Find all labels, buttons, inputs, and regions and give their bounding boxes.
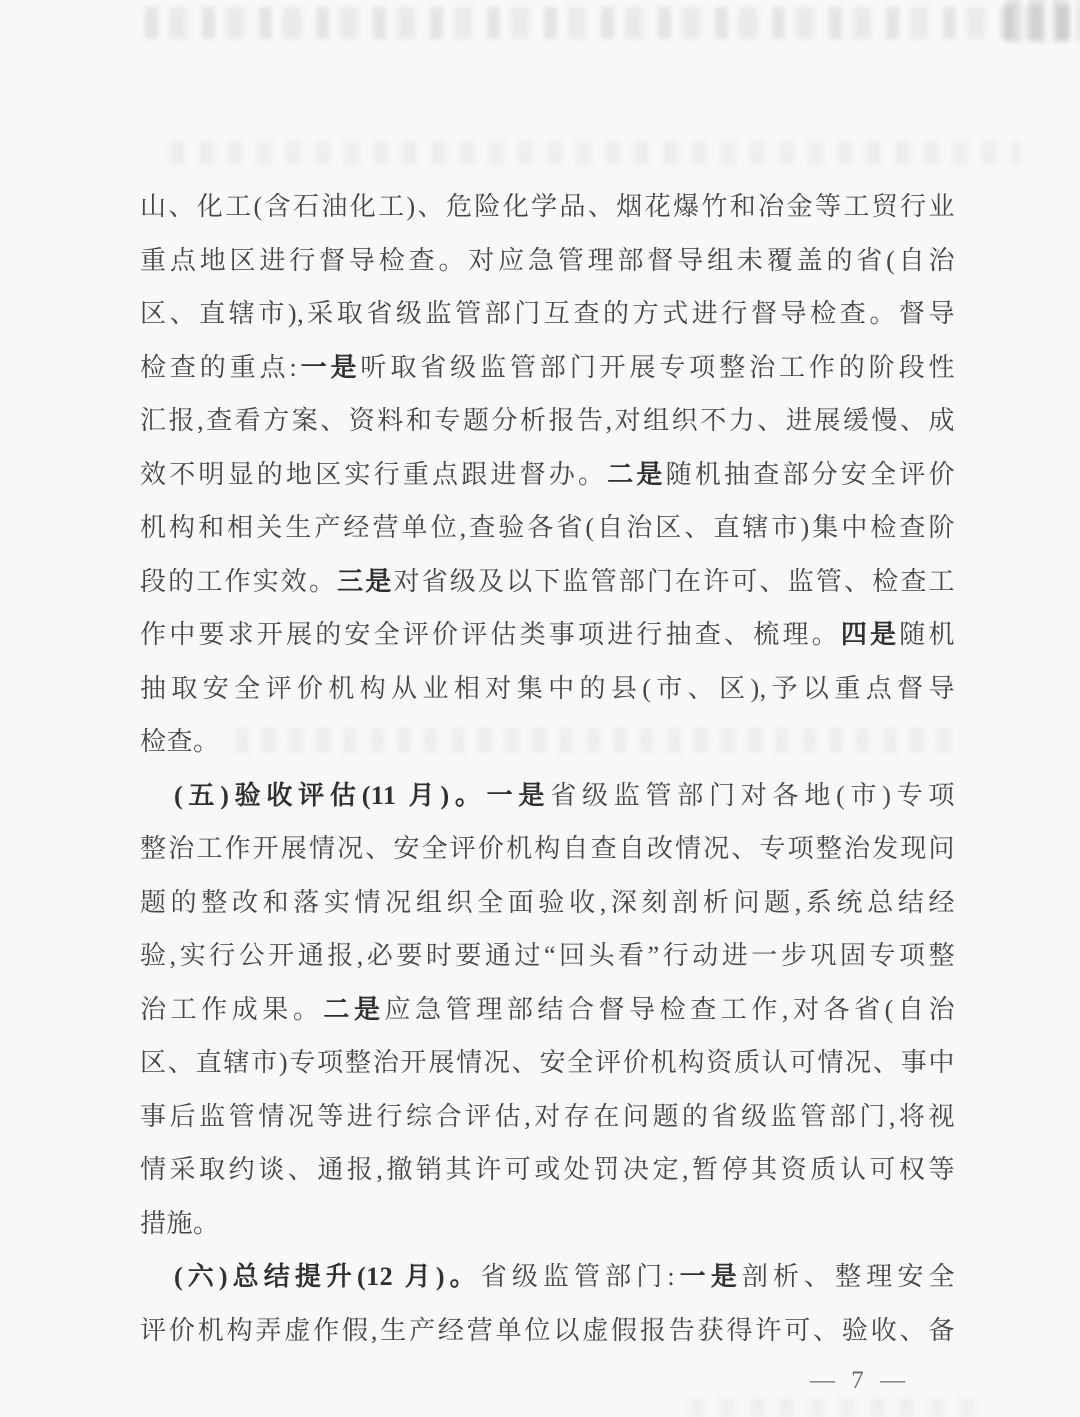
body-text: 区、直辖市)专项整治开展情况、安全评价机构资质认可情况、事中 <box>140 1048 955 1077</box>
text-line: 验,实行公开通报,必要时要通过“回头看”行动进一步巩固专项整 <box>140 929 955 983</box>
body-text: 检查。 <box>140 727 220 756</box>
emphasis-text: 二是 <box>607 460 665 489</box>
body-text: 重点地区进行督导检查。对应急管理部督导组未覆盖的省(自治 <box>140 246 955 275</box>
body-text: 验,实行公开通报,必要时要通过“回头看”行动进一步巩固专项整 <box>140 941 955 970</box>
text-line: 检查的重点:一是听取省级监管部门开展专项整治工作的阶段性 <box>140 341 955 395</box>
body-text: 应急管理部结合督导检查工作,对各省(自治 <box>385 995 955 1024</box>
body-text: 效不明显的地区实行重点跟进督办。 <box>140 460 607 489</box>
text-line: 事后监管情况等进行综合评估,对存在问题的省级监管部门,将视 <box>140 1090 955 1144</box>
text-line: 机构和相关生产经营单位,查验各省(自治区、直辖市)集中检查阶 <box>140 501 955 555</box>
body-text: 题的整改和落实情况组织全面验收,深刻剖析问题,系统总结经 <box>140 888 955 917</box>
emphasis-text: (六)总结提升(12 月)。 <box>174 1262 481 1291</box>
body-text: 检查的重点: <box>140 353 297 382</box>
text-line: (六)总结提升(12 月)。省级监管部门:一是剖析、整理安全 <box>140 1250 955 1304</box>
text-line: 情采取约谈、通报,撤销其许可或处罚决定,暂停其资质认可权等 <box>140 1143 955 1197</box>
body-text: 作中要求开展的安全评价评估类事项进行抽查、梳理。 <box>140 620 841 649</box>
body-text: 情采取约谈、通报,撤销其许可或处罚决定,暂停其资质认可权等 <box>140 1155 955 1184</box>
document-body: 山、化工(含石油化工)、危险化学品、烟花爆竹和冶金等工贸行业重点地区进行督导检查… <box>140 180 955 1357</box>
body-text: 剖析、整理安全 <box>742 1262 955 1291</box>
document-page: 山、化工(含石油化工)、危险化学品、烟花爆竹和冶金等工贸行业重点地区进行督导检查… <box>0 0 1080 1417</box>
body-text: 治工作成果。 <box>140 995 323 1024</box>
body-text: 区、直辖市),采取省级监管部门互查的方式进行督导检查。督导 <box>140 299 955 328</box>
text-line: 重点地区进行督导检查。对应急管理部督导组未覆盖的省(自治 <box>140 234 955 288</box>
body-text: 听取省级监管部门开展专项整治工作的阶段性 <box>360 353 955 382</box>
page-number: — 7 — <box>790 1366 930 1396</box>
text-line: 区、直辖市)专项整治开展情况、安全评价机构资质认可情况、事中 <box>140 1036 955 1090</box>
text-line: 治工作成果。二是应急管理部结合督导检查工作,对各省(自治 <box>140 983 955 1037</box>
text-line: 效不明显的地区实行重点跟进督办。二是随机抽查部分安全评价 <box>140 448 955 502</box>
text-line: (五)验收评估(11 月)。一是省级监管部门对各地(市)专项 <box>140 769 955 823</box>
text-line: 检查。 <box>140 715 955 769</box>
body-text: 随机 <box>899 620 955 649</box>
body-text: 山、化工(含石油化工)、危险化学品、烟花爆竹和冶金等工贸行业 <box>140 192 955 221</box>
body-text: 整治工作开展情况、安全评价机构自查自改情况、专项整治发现问 <box>140 834 955 863</box>
bleed-through-artifact <box>170 141 1020 165</box>
emphasis-text: 三是 <box>337 567 393 596</box>
body-text: 汇报,查看方案、资料和专题分析报告,对组织不力、进展缓慢、成 <box>140 406 955 435</box>
emphasis-text: 一是 <box>675 1262 742 1291</box>
body-text: 事后监管情况等进行综合评估,对存在问题的省级监管部门,将视 <box>140 1102 955 1131</box>
body-text: 段的工作实效。 <box>140 567 337 596</box>
emphasis-text: (五)验收评估(11 月)。 <box>174 781 487 810</box>
text-line: 汇报,查看方案、资料和专题分析报告,对组织不力、进展缓慢、成 <box>140 394 955 448</box>
bleed-through-artifact <box>690 1398 990 1417</box>
text-line: 抽取安全评价机构从业相对集中的县(市、区),予以重点督导 <box>140 662 955 716</box>
bleed-through-artifact <box>1005 0 1080 42</box>
text-line: 题的整改和落实情况组织全面验收,深刻剖析问题,系统总结经 <box>140 876 955 930</box>
emphasis-text: 二是 <box>323 995 384 1024</box>
emphasis-text: 一是 <box>297 353 360 382</box>
text-line: 评价机构弄虚作假,生产经营单位以虚假报告获得许可、验收、备 <box>140 1304 955 1358</box>
body-text: 评价机构弄虚作假,生产经营单位以虚假报告获得许可、验收、备 <box>140 1316 955 1345</box>
text-line: 山、化工(含石油化工)、危险化学品、烟花爆竹和冶金等工贸行业 <box>140 180 955 234</box>
text-line: 措施。 <box>140 1197 955 1251</box>
text-line: 作中要求开展的安全评价评估类事项进行抽查、梳理。四是随机 <box>140 608 955 662</box>
emphasis-text: 一是 <box>487 781 551 810</box>
emphasis-text: 四是 <box>841 620 899 649</box>
body-text: 对省级及以下监管部门在许可、监管、检查工 <box>393 567 955 596</box>
body-text: 随机抽查部分安全评价 <box>666 460 955 489</box>
body-text: 抽取安全评价机构从业相对集中的县(市、区),予以重点督导 <box>140 674 955 703</box>
text-line: 区、直辖市),采取省级监管部门互查的方式进行督导检查。督导 <box>140 287 955 341</box>
body-text: 机构和相关生产经营单位,查验各省(自治区、直辖市)集中检查阶 <box>140 513 955 542</box>
bleed-through-artifact <box>145 7 1070 39</box>
text-line: 整治工作开展情况、安全评价机构自查自改情况、专项整治发现问 <box>140 822 955 876</box>
body-text: 省级监管部门对各地(市)专项 <box>550 781 955 810</box>
text-line: 段的工作实效。三是对省级及以下监管部门在许可、监管、检查工 <box>140 555 955 609</box>
body-text: 措施。 <box>140 1209 220 1238</box>
body-text: 省级监管部门: <box>481 1262 675 1291</box>
